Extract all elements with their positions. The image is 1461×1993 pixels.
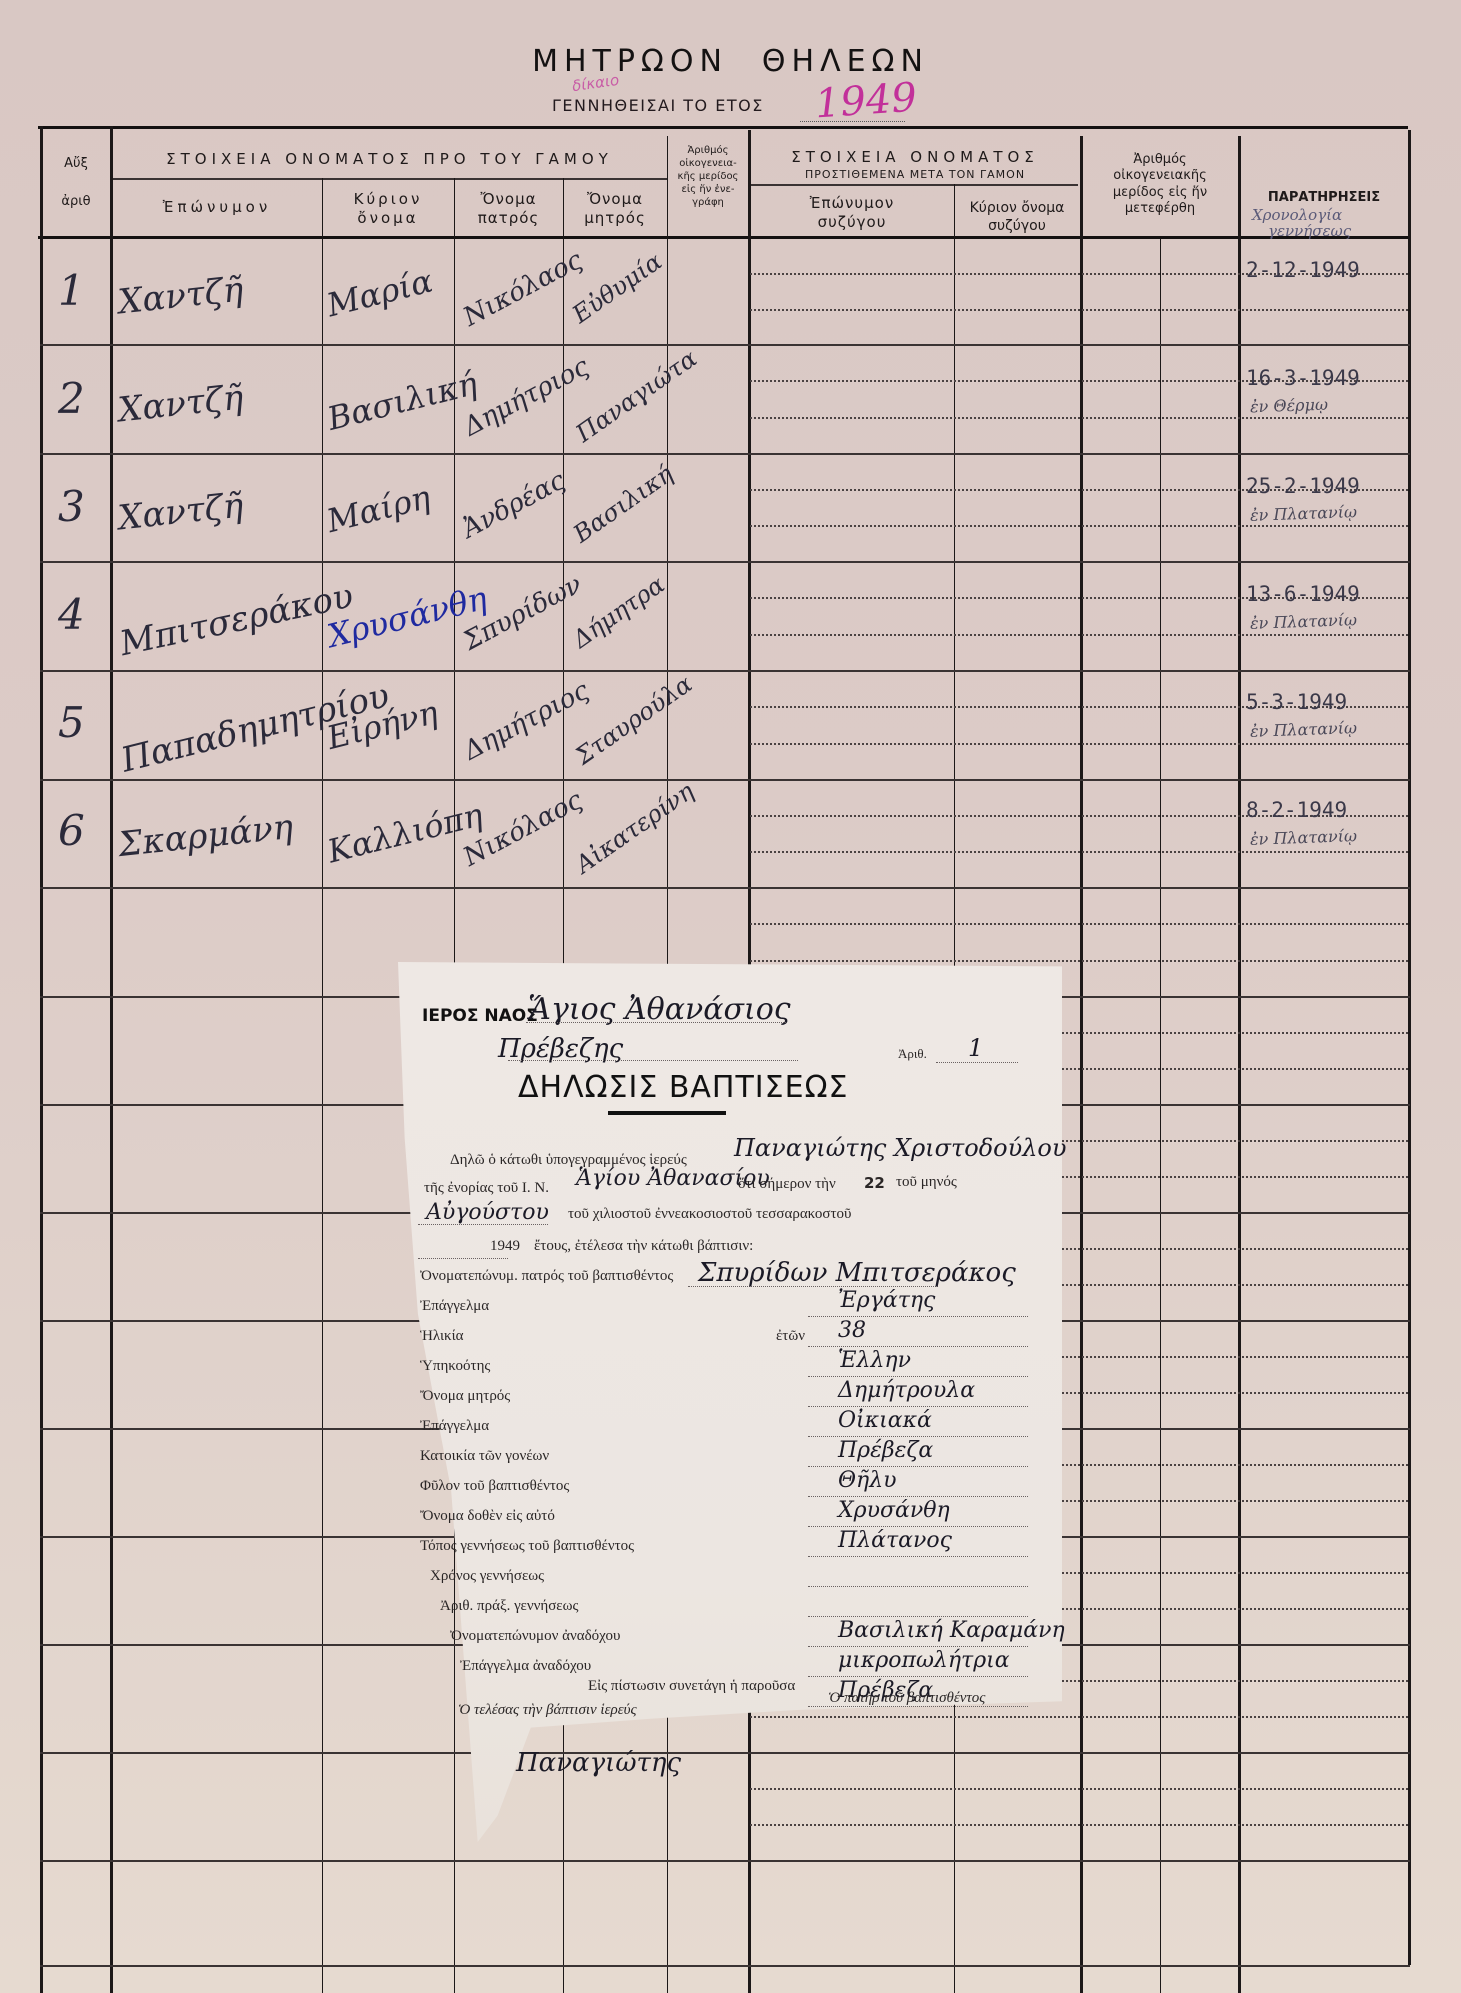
title-word-2: ΘΗΛΕΩΝ bbox=[762, 44, 929, 79]
slip-line2b: ὅτι σήμερον τὴν bbox=[738, 1176, 836, 1193]
slip-month: Αὐγούστου bbox=[426, 1200, 549, 1225]
header-mother-line1: Ὄνομα bbox=[563, 190, 667, 209]
slip-field-label: Ἐπάγγελμα ἀναδόχου bbox=[460, 1658, 591, 1675]
slip-number: 1 bbox=[968, 1034, 983, 1062]
row-number: 3 bbox=[58, 482, 85, 531]
row-remark-date: 8-2-1949 bbox=[1246, 798, 1347, 822]
header-spouse-surname: Ἐπώνυμον συζύγου bbox=[750, 194, 954, 232]
slip-priest-sign-label: Ὁ τελέσας τὴν βάπτισιν ἱερεύς bbox=[458, 1702, 637, 1719]
slip-field-label: Κατοικία τῶν γονέων bbox=[420, 1448, 549, 1465]
slip-field-value: Χρυσάνθη bbox=[838, 1498, 950, 1523]
header-family-share: Ἀριθμός οἰκογενεια- κῆς μερίδος εἰς ἥν ἐ… bbox=[668, 144, 748, 209]
slip-field-label: Ἐπάγγελμα bbox=[420, 1298, 489, 1315]
slip-field-label: Ἀριθ. πράξ. γεννήσεως bbox=[440, 1598, 578, 1615]
title-word-1: ΜΗΤΡΩΟΝ bbox=[532, 44, 728, 79]
slip-field-value: Οἰκιακά bbox=[838, 1408, 932, 1433]
header-spouse-surname-line2: συζύγου bbox=[750, 213, 954, 232]
header-father-line1: Ὄνομα bbox=[454, 190, 563, 209]
slip-field-value: Ἑλλην bbox=[838, 1348, 911, 1373]
slip-field-dotline bbox=[808, 1646, 1028, 1647]
slip-field-dotline bbox=[808, 1526, 1028, 1527]
slip-field-value: Πλάτανος bbox=[838, 1528, 952, 1553]
row-remark-place: ἐν Θέρμῳ bbox=[1250, 395, 1329, 417]
slip-field-label: Ὀνοματεπώνυμ. πατρός τοῦ βαπτισθέντος bbox=[420, 1268, 673, 1285]
slip-line3: τοῦ χιλιοστοῦ ἐννεακοσιοστοῦ τεσσαρακοστ… bbox=[568, 1206, 851, 1223]
header-spouse-name-line2: συζύγου bbox=[954, 218, 1080, 236]
slip-field-dotline bbox=[808, 1496, 1028, 1497]
slip-field-label: Φῦλον τοῦ βαπτισθέντος bbox=[420, 1478, 569, 1495]
slip-field-label: Ἡλικία bbox=[420, 1328, 463, 1345]
slip-line4: ἔτους, ἐτέλεσα τὴν κάτωθι βάπτισιν: bbox=[534, 1238, 753, 1255]
slip-line2c: τοῦ μηνός bbox=[896, 1174, 957, 1191]
slip-field-unit: ἐτῶν bbox=[776, 1328, 805, 1345]
row-remark-place: ἐν Πλατανίῳ bbox=[1250, 718, 1358, 741]
slip-dotline bbox=[508, 1060, 798, 1061]
row-remark-place: ἐν Πλατανίῳ bbox=[1250, 502, 1358, 525]
year-handwritten: 1949 bbox=[814, 75, 919, 128]
row-remark-date: 5-3-1949 bbox=[1246, 690, 1347, 714]
header-father-line2: πατρός bbox=[454, 209, 563, 228]
slip-field-dotline bbox=[808, 1586, 1028, 1587]
slip-field-value: Ἐργάτης bbox=[838, 1288, 935, 1313]
slip-line2a: τῆς ἐνορίας τοῦ Ι. Ν. bbox=[424, 1180, 549, 1197]
header-family-share-line5: γράφη bbox=[668, 196, 748, 209]
slip-field-label: Ὄνομα μητρός bbox=[420, 1388, 510, 1405]
slip-field-value: Πρέβεζα bbox=[838, 1438, 933, 1463]
slip-field-dotline bbox=[808, 1406, 1028, 1407]
header-remarks: ΠΑΡΑΤΗΡΗΣΕΙΣ bbox=[1240, 190, 1408, 206]
header-transfer: Ἀριθμός οἰκογενειακῆς μερίδος εἰς ἥν μετ… bbox=[1082, 152, 1238, 217]
header-remarks-hand-2: γεννήσεως bbox=[1268, 222, 1351, 240]
page-subtitle: ΓΕΝΝΗΘΕΙΣΑΙ ΤΟ ΕΤΟΣ bbox=[552, 96, 764, 115]
header-transfer-line3: μερίδος εἰς ἥν bbox=[1082, 185, 1238, 201]
header-transfer-line4: μετεφέρθη bbox=[1082, 201, 1238, 217]
row-number: 1 bbox=[58, 266, 85, 315]
row-number: 5 bbox=[58, 698, 85, 747]
slip-dotline bbox=[418, 1224, 548, 1225]
slip-title: ΔΗΛΩΣΙΣ ΒΑΠΤΙΣΕΩΣ bbox=[518, 1070, 848, 1105]
header-family-share-line2: οἰκογενεια- bbox=[668, 157, 748, 170]
header-post-marriage-group: ΣΤΟΙΧΕΙΑ ΟΝΟΜΑΤΟΣ bbox=[750, 148, 1080, 167]
header-family-share-line4: εἰς ἥν ἐνε- bbox=[668, 183, 748, 196]
slip-father-sign-label: Ὁ πατὴρ τοῦ βαπτισθέντος bbox=[828, 1690, 985, 1707]
row-number: 6 bbox=[58, 806, 85, 855]
slip-field-value: Βασιλική Καραμάνη bbox=[838, 1618, 1065, 1643]
header-firstname-line2: ὄνομα bbox=[322, 209, 454, 228]
slip-number-label: Ἀριθ. bbox=[898, 1046, 927, 1062]
slip-field-dotline bbox=[808, 1346, 1028, 1347]
header-surname: Ἐπώνυμον bbox=[112, 198, 322, 217]
header-transfer-line2: οἰκογενειακῆς bbox=[1082, 168, 1238, 184]
header-pre-marriage-group: ΣΤΟΙΧΕΙΑ ΟΝΟΜΑΤΟΣ ΠΡΟ ΤΟΥ ΓΑΜΟΥ bbox=[112, 150, 667, 169]
row-remark-date: 2-12-1949 bbox=[1246, 258, 1360, 282]
slip-field-dotline bbox=[808, 1376, 1028, 1377]
row-remark-place: ἐν Πλατανίῳ bbox=[1250, 826, 1358, 849]
header-spouse-name: Κύριον ὄνομα συζύγου bbox=[954, 200, 1080, 235]
slip-priest-signature: Παναγιώτης bbox=[516, 1748, 681, 1778]
header-serial-bottom: ἀριθ bbox=[44, 194, 108, 210]
slip-field-label: Χρόνος γεννήσεως bbox=[430, 1568, 544, 1585]
slip-title-underline bbox=[608, 1111, 726, 1115]
slip-field-label: Ὀνοματεπώνυμον ἀναδόχου bbox=[450, 1628, 620, 1645]
baptism-declaration-content: ΙΕΡΟΣ ΝΑΟΣ Ἅγιος Ἀθανάσιος Πρέβεζης Ἀριθ… bbox=[398, 962, 1062, 1842]
header-mother-line2: μητρός bbox=[563, 209, 667, 228]
slip-year: 1949 bbox=[490, 1238, 520, 1255]
slip-field-label: Ἐπάγγελμα bbox=[420, 1418, 489, 1435]
header-firstname: Κύριον ὄνομα bbox=[322, 190, 454, 228]
header-post-marriage-sub: ΠΡΟΣΤΙΘΕΜΕΝΑ ΜΕΤΑ ΤΟΝ ΓΑΜΟΝ bbox=[750, 168, 1080, 182]
slip-field-dotline bbox=[808, 1466, 1028, 1467]
slip-field-dotline bbox=[808, 1676, 1028, 1677]
slip-day: 22 bbox=[864, 1174, 885, 1192]
header-spouse-surname-line1: Ἐπώνυμον bbox=[750, 194, 954, 213]
row-number: 2 bbox=[58, 374, 85, 423]
header-family-share-line1: Ἀριθμός bbox=[668, 144, 748, 157]
row-remark-date: 25-2-1949 bbox=[1246, 474, 1360, 498]
header-spouse-name-line1: Κύριον ὄνομα bbox=[954, 200, 1080, 218]
row-remark-date: 16-3-1949 bbox=[1246, 366, 1360, 390]
slip-priest-name: Παναγιώτης Χριστοδούλου bbox=[734, 1134, 1066, 1162]
slip-field-value: Θῆλυ bbox=[838, 1468, 897, 1493]
header-family-share-line3: κῆς μερίδος bbox=[668, 170, 748, 183]
header-mother: Ὄνομα μητρός bbox=[563, 190, 667, 228]
slip-dotline bbox=[526, 1022, 786, 1023]
slip-church-label: ΙΕΡΟΣ ΝΑΟΣ bbox=[422, 1006, 538, 1026]
row-number: 4 bbox=[58, 590, 85, 639]
slip-dotline bbox=[936, 1062, 1018, 1063]
header-firstname-line1: Κύριον bbox=[322, 190, 454, 209]
slip-field-label: Ὄνομα δοθὲν εἰς αὐτό bbox=[420, 1508, 555, 1525]
row-remark-place: ἐν Πλατανίῳ bbox=[1250, 610, 1358, 633]
slip-field-label: Τόπος γεννήσεως τοῦ βαπτισθέντος bbox=[420, 1538, 634, 1555]
page-title: ΜΗΤΡΩΟΝΘΗΛΕΩΝ bbox=[0, 44, 1461, 79]
header-serial-top: Αὔξ bbox=[44, 156, 108, 172]
slip-field-value: Δημήτρουλα bbox=[838, 1378, 975, 1403]
slip-field-label: Ὑπηκοότης bbox=[420, 1358, 490, 1375]
slip-dotline bbox=[418, 1258, 508, 1259]
row-remark-date: 13-6-1949 bbox=[1246, 582, 1360, 606]
slip-field-value: Σπυρίδων Μπιτσεράκος bbox=[698, 1258, 1016, 1288]
header-father: Ὄνομα πατρός bbox=[454, 190, 563, 228]
slip-field-dotline bbox=[808, 1616, 1028, 1617]
slip-field-value: 38 bbox=[838, 1318, 866, 1343]
slip-closing-line: Εἰς πίστωσιν συνετάγη ἡ παροῦσα bbox=[588, 1678, 795, 1695]
slip-field-dotline bbox=[808, 1556, 1028, 1557]
slip-field-value: μικροπωλήτρια bbox=[838, 1648, 1010, 1673]
slip-field-dotline bbox=[808, 1436, 1028, 1437]
header-transfer-line1: Ἀριθμός bbox=[1082, 152, 1238, 168]
slip-field-dotline bbox=[808, 1316, 1028, 1317]
